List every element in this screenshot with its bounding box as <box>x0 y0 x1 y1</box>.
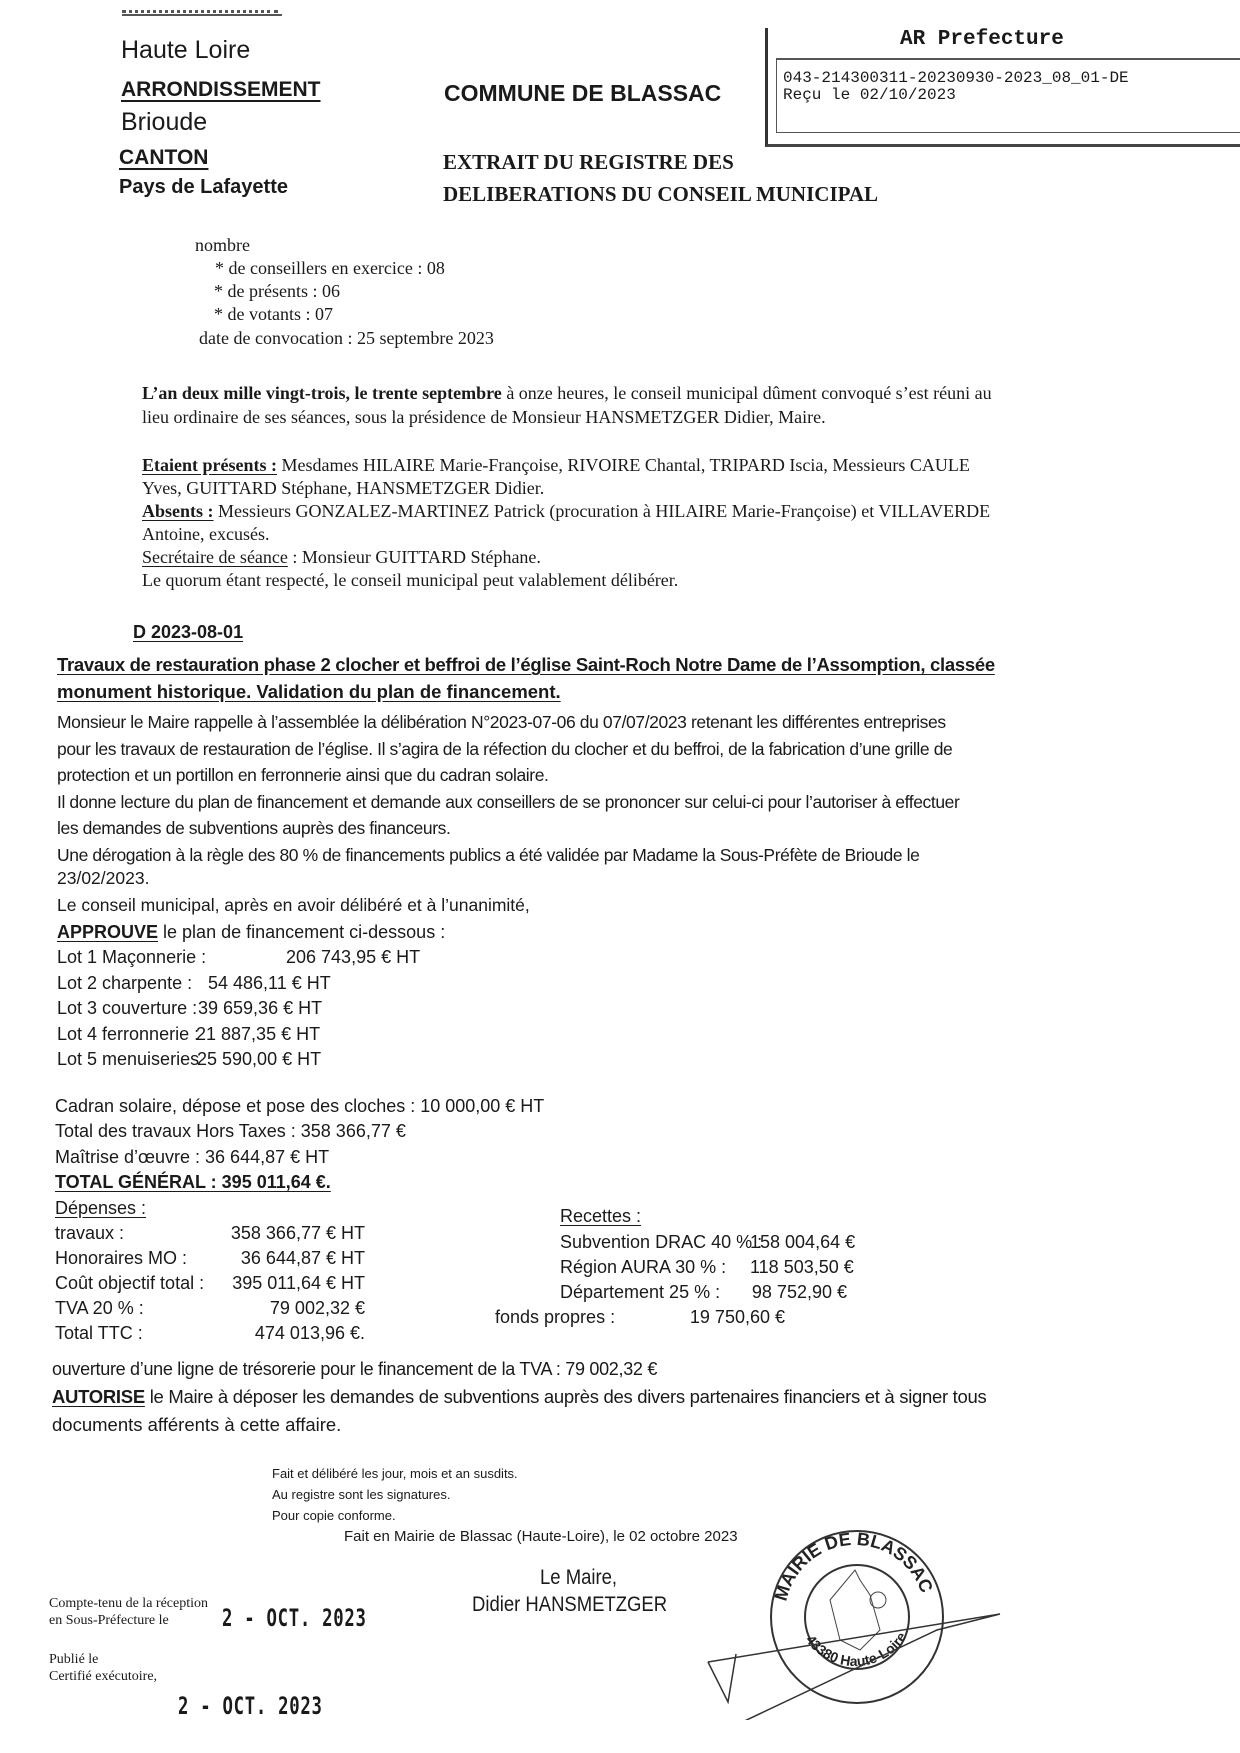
reception-line2: en Sous-Préfecture le <box>49 1613 169 1629</box>
expense-row: Honoraires MO :36 644,87 € HT <box>55 1248 365 1269</box>
published-stamp-date: 2 - OCT. 2023 <box>178 1692 323 1720</box>
expenses-title: Dépenses : <box>55 1198 146 1219</box>
reception-stamp-date: 2 - OCT. 2023 <box>222 1604 367 1632</box>
absent-line2: Antoine, excusés. <box>142 524 269 545</box>
ar-prefecture-title: AR Prefecture <box>900 28 1064 51</box>
intro-date-bold: L’an deux mille vingt-trois, le trente s… <box>142 383 502 403</box>
authorize-rest: le Maire à déposer les demandes de subve… <box>145 1386 987 1407</box>
expense-label: Honoraires MO : <box>55 1248 195 1269</box>
body-line-6: Une dérogation à la règle des 80 % de fi… <box>57 845 919 866</box>
lot-value: 39 659,36 € HT <box>198 998 322 1019</box>
revenue-value: 158 004,64 € <box>750 1232 847 1253</box>
secretary-label: Secrétaire de séance <box>142 547 288 567</box>
counts-in-office: * de conseillers en exercice : 08 <box>215 258 445 279</box>
expense-value: 358 366,77 € HT <box>195 1223 365 1244</box>
expense-label: TVA 20 % : <box>55 1298 195 1319</box>
revenues-title: Recettes : <box>560 1206 641 1227</box>
cadran-line: Cadran solaire, dépose et pose des cloch… <box>55 1096 544 1117</box>
lot-label: Lot 5 menuiseries <box>57 1049 199 1070</box>
lot-label: Lot 4 ferronnerie : <box>57 1024 199 1045</box>
register-title-line1: EXTRAIT DU REGISTRE DES <box>443 150 734 175</box>
expense-label: Total TTC : <box>55 1323 195 1344</box>
lot-label: Lot 3 couverture : <box>57 998 197 1019</box>
revenue-row: Région AURA 30 % :118 503,50 € <box>560 1257 847 1278</box>
arrondissement-label: ARRONDISSEMENT <box>121 78 321 102</box>
convocation-date: date de convocation : 25 septembre 2023 <box>199 328 494 349</box>
revenue-label: Région AURA 30 % : <box>560 1257 750 1278</box>
absent-names: Messieurs GONZALEZ-MARTINEZ Patrick (pro… <box>214 501 991 521</box>
absent-label: Absents : <box>142 501 214 521</box>
present-line1: Etaient présents : Mesdames HILAIRE Mari… <box>142 455 970 476</box>
body-line-1: Monsieur le Maire rappelle à l’assemblée… <box>57 712 946 733</box>
lot-label: Lot 2 charpente : <box>57 973 192 994</box>
treasury-line: ouverture d’une ligne de trésorerie pour… <box>52 1359 657 1380</box>
absent-line1: Absents : Messieurs GONZALEZ-MARTINEZ Pa… <box>142 501 990 522</box>
revenue-label: Subvention DRAC 40 % : <box>560 1232 750 1253</box>
present-names: Mesdames HILAIRE Marie-Françoise, RIVOIR… <box>277 455 970 475</box>
cropped-department-label <box>122 4 282 16</box>
expense-row: Coût objectif total :395 011,64 € HT <box>55 1273 365 1294</box>
register-title-line2: DELIBERATIONS DU CONSEIL MUNICIPAL <box>443 182 878 207</box>
body-line-4: Il donne lecture du plan de financement … <box>57 792 959 813</box>
approve-rest: le plan de financement ci-dessous : <box>158 922 445 942</box>
approve-line: APPROUVE le plan de financement ci-desso… <box>57 922 445 943</box>
expense-value: 395 011,64 € HT <box>210 1273 365 1294</box>
certified-label: Certifié exécutoire, <box>49 1669 157 1685</box>
closing-line3: Pour copie conforme. <box>272 1508 396 1523</box>
present-label: Etaient présents : <box>142 455 277 475</box>
maitrise-line: Maîtrise d’œuvre : 36 644,87 € HT <box>55 1147 329 1168</box>
authorize-line1: AUTORISE le Maire à déposer les demandes… <box>52 1386 986 1408</box>
revenue-value: 98 752,90 € <box>750 1282 847 1303</box>
reception-line1: Compte-tenu de la réception <box>49 1596 208 1612</box>
mayor-signature <box>700 1580 1020 1720</box>
place-date: Fait en Mairie de Blassac (Haute-Loire),… <box>344 1528 738 1545</box>
ar-reference: 043-214300311-20230930-2023_08_01-DE <box>783 69 1129 87</box>
intro-line1: L’an deux mille vingt-trois, le trente s… <box>142 383 992 404</box>
authorize-label: AUTORISE <box>52 1386 145 1407</box>
expense-row: travaux :358 366,77 € HT <box>55 1223 365 1244</box>
counts-present: * de présents : 06 <box>214 281 340 302</box>
ar-received-date: Reçu le 02/10/2023 <box>783 86 956 104</box>
revenue-row: Département 25 % :98 752,90 € <box>560 1282 847 1303</box>
expense-row: TVA 20 % :79 002,32 € <box>55 1298 365 1319</box>
closing-line2: Au registre sont les signatures. <box>272 1487 450 1502</box>
revenue-row: fonds propres :19 750,60 € <box>495 1307 785 1328</box>
expense-label: Coût objectif total : <box>55 1273 210 1294</box>
secretary-line: Secrétaire de séance : Monsieur GUITTARD… <box>142 547 541 568</box>
expense-row: Total TTC :474 013,96 €. <box>55 1323 365 1344</box>
intro-rest: à onze heures, le conseil municipal dûme… <box>502 383 992 403</box>
canton-label: CANTON <box>119 146 208 170</box>
revenue-value: 19 750,60 € <box>680 1307 785 1328</box>
lot-value: 21 887,35 € HT <box>196 1024 320 1045</box>
lot-value: 25 590,00 € HT <box>197 1049 321 1070</box>
arrondissement-name: Brioude <box>121 108 207 137</box>
body-line-7: 23/02/2023. <box>57 868 149 889</box>
secretary-name: : Monsieur GUITTARD Stéphane. <box>288 547 541 567</box>
body-line-8: Le conseil municipal, après en avoir dél… <box>57 895 530 916</box>
revenue-row: Subvention DRAC 40 % :158 004,64 € <box>560 1232 847 1253</box>
lot-value: 206 743,95 € HT <box>286 947 420 968</box>
deliberation-number: D 2023-08-01 <box>133 622 243 643</box>
counts-voters: * de votants : 07 <box>214 304 333 325</box>
expense-label: travaux : <box>55 1223 195 1244</box>
lot-label: Lot 1 Maçonnerie : <box>57 947 206 968</box>
intro-line2: lieu ordinaire de ses séances, sous la p… <box>142 407 826 428</box>
lot-value: 54 486,11 € HT <box>208 973 331 994</box>
revenue-value: 118 503,50 € <box>750 1257 847 1278</box>
body-line-2: pour les travaux de restauration de l’ég… <box>57 739 952 760</box>
department-name: Haute Loire <box>121 36 250 65</box>
expense-value: 79 002,32 € <box>195 1298 365 1319</box>
commune-name: COMMUNE DE BLASSAC <box>444 80 721 107</box>
quorum-line: Le quorum étant respecté, le conseil mun… <box>142 570 678 591</box>
deliberation-title-line2: monument historique. Validation du plan … <box>57 681 561 703</box>
mayor-title: Le Maire, <box>540 1566 617 1590</box>
revenue-label: Département 25 % : <box>560 1282 750 1303</box>
authorize-line2: documents afférents à cette affaire. <box>52 1414 341 1436</box>
expense-value: 36 644,87 € HT <box>195 1248 365 1269</box>
expense-value: 474 013,96 €. <box>195 1323 365 1344</box>
total-ht-line: Total des travaux Hors Taxes : 358 366,7… <box>55 1121 406 1142</box>
total-general-line: TOTAL GÉNÉRAL : 395 011,64 €. <box>55 1172 331 1193</box>
revenue-label: fonds propres : <box>495 1307 680 1328</box>
published-label: Publié le <box>49 1652 98 1668</box>
counts-label: nombre <box>195 235 250 256</box>
closing-line1: Fait et délibéré les jour, mois et an su… <box>272 1466 518 1481</box>
body-line-3: protection et un portillon en ferronneri… <box>57 765 549 786</box>
mayor-name: Didier HANSMETZGER <box>472 1593 667 1617</box>
canton-name: Pays de Lafayette <box>119 176 288 199</box>
present-line2: Yves, GUITTARD Stéphane, HANSMETZGER Did… <box>142 478 544 499</box>
body-line-5: les demandes de subventions auprès des f… <box>57 818 450 839</box>
approve-label: APPROUVE <box>57 922 158 942</box>
deliberation-title-line1: Travaux de restauration phase 2 clocher … <box>57 654 995 676</box>
